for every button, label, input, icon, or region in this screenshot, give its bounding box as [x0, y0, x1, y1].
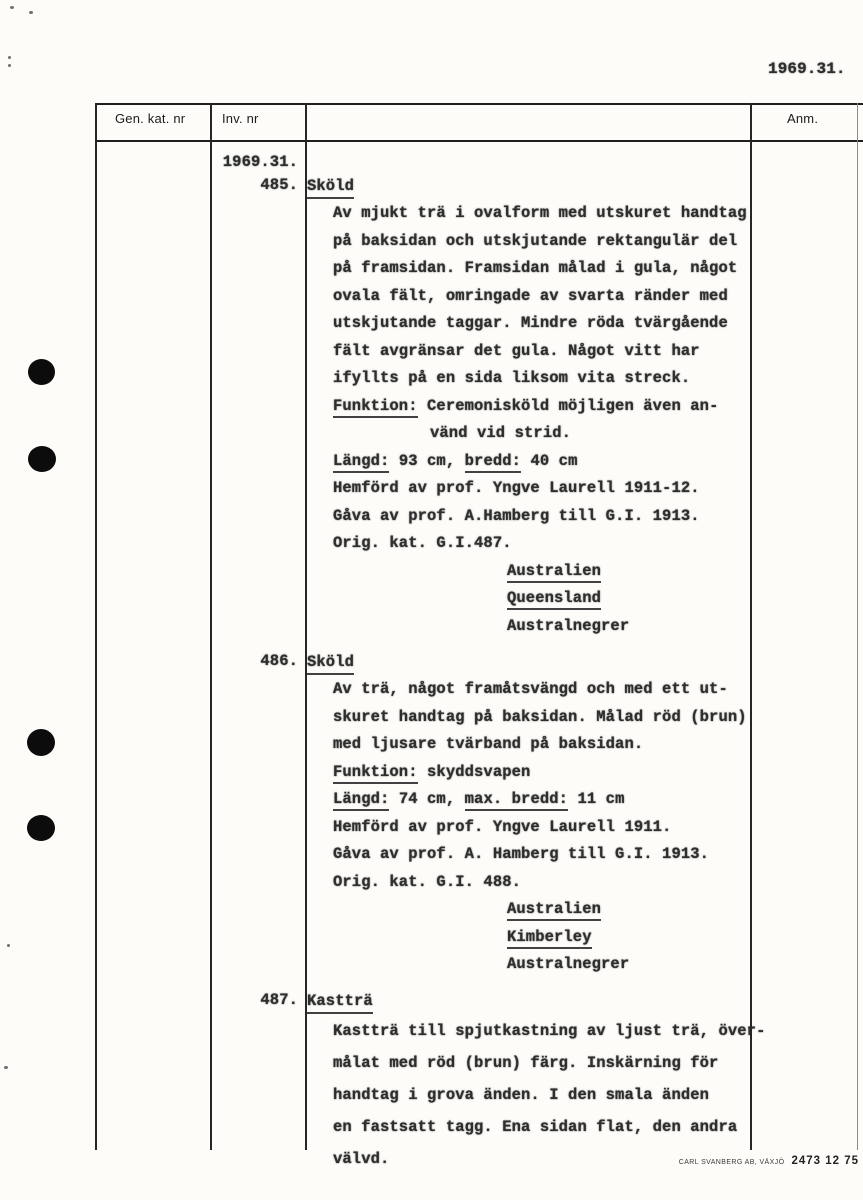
entry-line: Hemförd av prof. Yngve Laurell 1911. [333, 814, 830, 842]
entry-line: Orig. kat. G.I. 488. [333, 869, 830, 897]
text-segment: skuret handtag på baksidan. Målad röd (b… [333, 708, 747, 726]
catalog-entry: 485.SköldAv mjukt trä i ovalform med uts… [210, 172, 830, 640]
entry-line: Hemförd av prof. Yngve Laurell 1911-12. [333, 475, 830, 503]
text-segment: Längd: [333, 790, 389, 811]
text-segment: 40 cm [521, 452, 577, 470]
text-segment: ovala fält, omringade av svarta ränder m… [333, 287, 728, 305]
entry-line: Av mjukt trä i ovalform med utskuret han… [333, 200, 830, 228]
text-segment: välvd. [333, 1150, 389, 1168]
entry-line: på baksidan och utskjutande rektangulär … [333, 228, 830, 256]
catalog-entry: 487.KastträKastträ till spjutkastning av… [210, 987, 830, 1175]
hole-punch [28, 359, 55, 385]
text-segment: skyddsvapen [418, 763, 531, 781]
hole-punch [27, 729, 55, 756]
text-segment: Australnegrer [507, 955, 629, 973]
text-segment: Av mjukt trä i ovalform med utskuret han… [333, 204, 747, 222]
header-anm: Anm. [787, 111, 818, 126]
text-segment: Australien [507, 562, 601, 583]
text-segment: Längd: [333, 452, 389, 473]
text-segment: max. bredd: [465, 790, 568, 811]
entry-line: utskjutande taggar. Mindre röda tvärgåen… [333, 310, 830, 338]
hole-punch [27, 815, 55, 841]
text-segment: 74 cm, [389, 790, 464, 808]
entry-inv-nr: 485. [218, 174, 298, 196]
text-segment: utskjutande taggar. Mindre röda tvärgåen… [333, 314, 728, 332]
text-segment: 11 cm [568, 790, 624, 808]
text-segment: Funktion: [333, 763, 418, 784]
entry-title-text: Sköld [307, 177, 354, 199]
table-border-left [95, 103, 97, 1150]
entry-line: med ljusare tvärband på baksidan. [333, 731, 830, 759]
entry-title-text: Kastträ [307, 992, 373, 1014]
text-segment: med ljusare tvärband på baksidan. [333, 735, 643, 753]
text-segment: Australnegrer [507, 617, 629, 635]
entry-line: en fastsatt tagg. Ena sidan flat, den an… [333, 1111, 830, 1143]
entry-line: Av trä, något framåtsvängd och med ett u… [333, 676, 830, 704]
catalog-year: 1969.31. [218, 146, 298, 172]
scan-speck [10, 6, 14, 9]
entry-inv-nr: 487. [218, 989, 298, 1011]
text-segment: målat med röd (brun) färg. Inskärning fö… [333, 1054, 718, 1072]
entry-line: Australnegrer [507, 613, 830, 641]
entry-line: handtag i grova änden. I den smala änden [333, 1079, 830, 1111]
text-segment: Kastträ till spjutkastning av ljust trä,… [333, 1022, 765, 1040]
text-segment: Queensland [507, 589, 601, 610]
entry-line: Orig. kat. G.I.487. [333, 530, 830, 558]
entry-line: målat med röd (brun) färg. Inskärning fö… [333, 1047, 830, 1079]
text-segment: 93 cm, [389, 452, 464, 470]
entry-line: Australnegrer [507, 951, 830, 979]
printer-name: CARL SVANBERG AB, VÄXJÖ [679, 1159, 785, 1166]
entry-line: Längd: 93 cm, bredd: 40 cm [333, 448, 830, 476]
text-segment: fält avgränsar det gula. Något vitt har [333, 342, 700, 360]
entry-line: ovala fält, omringade av svarta ränder m… [333, 283, 830, 311]
entry-title: Sköld [307, 172, 830, 198]
scan-speck [7, 944, 10, 947]
entry-line: Gåva av prof. A. Hamberg till G.I. 1913. [333, 841, 830, 869]
text-segment: Hemförd av prof. Yngve Laurell 1911-12. [333, 479, 700, 497]
entry-line: på framsidan. Framsidan målad i gula, nå… [333, 255, 830, 283]
printer-footer: CARL SVANBERG AB, VÄXJÖ 2473 12 75 [679, 1155, 859, 1167]
entry-line: Queensland [507, 585, 830, 613]
text-segment: Kimberley [507, 928, 592, 949]
text-segment: bredd: [465, 452, 521, 473]
text-segment: Orig. kat. G.I.487. [333, 534, 512, 552]
text-segment: Funktion: [333, 397, 418, 418]
text-segment: Gåva av prof. A.Hamberg till G.I. 1913. [333, 507, 700, 525]
entry-line: Australien [507, 558, 830, 586]
scan-speck [4, 1066, 8, 1069]
text-segment: Australien [507, 900, 601, 921]
entry-line: Längd: 74 cm, max. bredd: 11 cm [333, 786, 830, 814]
catalog-entry: 486.SköldAv trä, något framåtsvängd och … [210, 648, 830, 979]
text-segment: Gåva av prof. A. Hamberg till G.I. 1913. [333, 845, 709, 863]
form-code: 2473 12 75 [791, 1155, 859, 1167]
hole-punch [28, 446, 56, 472]
text-segment: på baksidan och utskjutande rektangulär … [333, 232, 737, 250]
scan-speck [29, 11, 33, 14]
entry-inv-nr: 486. [218, 650, 298, 672]
entry-line: Funktion: skyddsvapen [333, 759, 830, 787]
page-number: 1969.31. [768, 60, 846, 78]
entries: 485.SköldAv mjukt trä i ovalform med uts… [210, 172, 830, 1175]
entry-line: Kastträ till spjutkastning av ljust trä,… [333, 1015, 830, 1047]
table-border-right [857, 103, 858, 1150]
text-segment: en fastsatt tagg. Ena sidan flat, den an… [333, 1118, 737, 1136]
text-segment: Av trä, något framåtsvängd och med ett u… [333, 680, 728, 698]
entry-line: skuret handtag på baksidan. Målad röd (b… [333, 704, 830, 732]
text-segment: Ceremonisköld möjligen även an- [418, 397, 719, 415]
text-segment: Hemförd av prof. Yngve Laurell 1911. [333, 818, 671, 836]
header-gen-kat-nr: Gen. kat. nr [115, 111, 185, 126]
entry-line: Funktion: Ceremonisköld möjligen även an… [333, 393, 830, 421]
entry-line: Kimberley [507, 924, 830, 952]
entry-title: Kastträ [307, 987, 830, 1013]
text-segment: ifyllts på en sida liksom vita streck. [333, 369, 690, 387]
text-segment: på framsidan. Framsidan målad i gula, nå… [333, 259, 737, 277]
scan-speck [8, 56, 11, 59]
header-inv-nr: Inv. nr [222, 111, 259, 126]
entry-line: Gåva av prof. A.Hamberg till G.I. 1913. [333, 503, 830, 531]
scan-speck [8, 64, 11, 67]
entry-line: ifyllts på en sida liksom vita streck. [333, 365, 830, 393]
entry-line: fält avgränsar det gula. Något vitt har [333, 338, 830, 366]
text-segment: vänd vid strid. [430, 424, 571, 442]
entry-title-text: Sköld [307, 653, 354, 675]
entry-line: vänd vid strid. [430, 420, 830, 448]
catalog-body: 1969.31. 485.SköldAv mjukt trä i ovalfor… [210, 146, 830, 1175]
text-segment: Orig. kat. G.I. 488. [333, 873, 521, 891]
entry-title: Sköld [307, 648, 830, 674]
entry-line: Australien [507, 896, 830, 924]
text-segment: handtag i grova änden. I den smala änden [333, 1086, 709, 1104]
